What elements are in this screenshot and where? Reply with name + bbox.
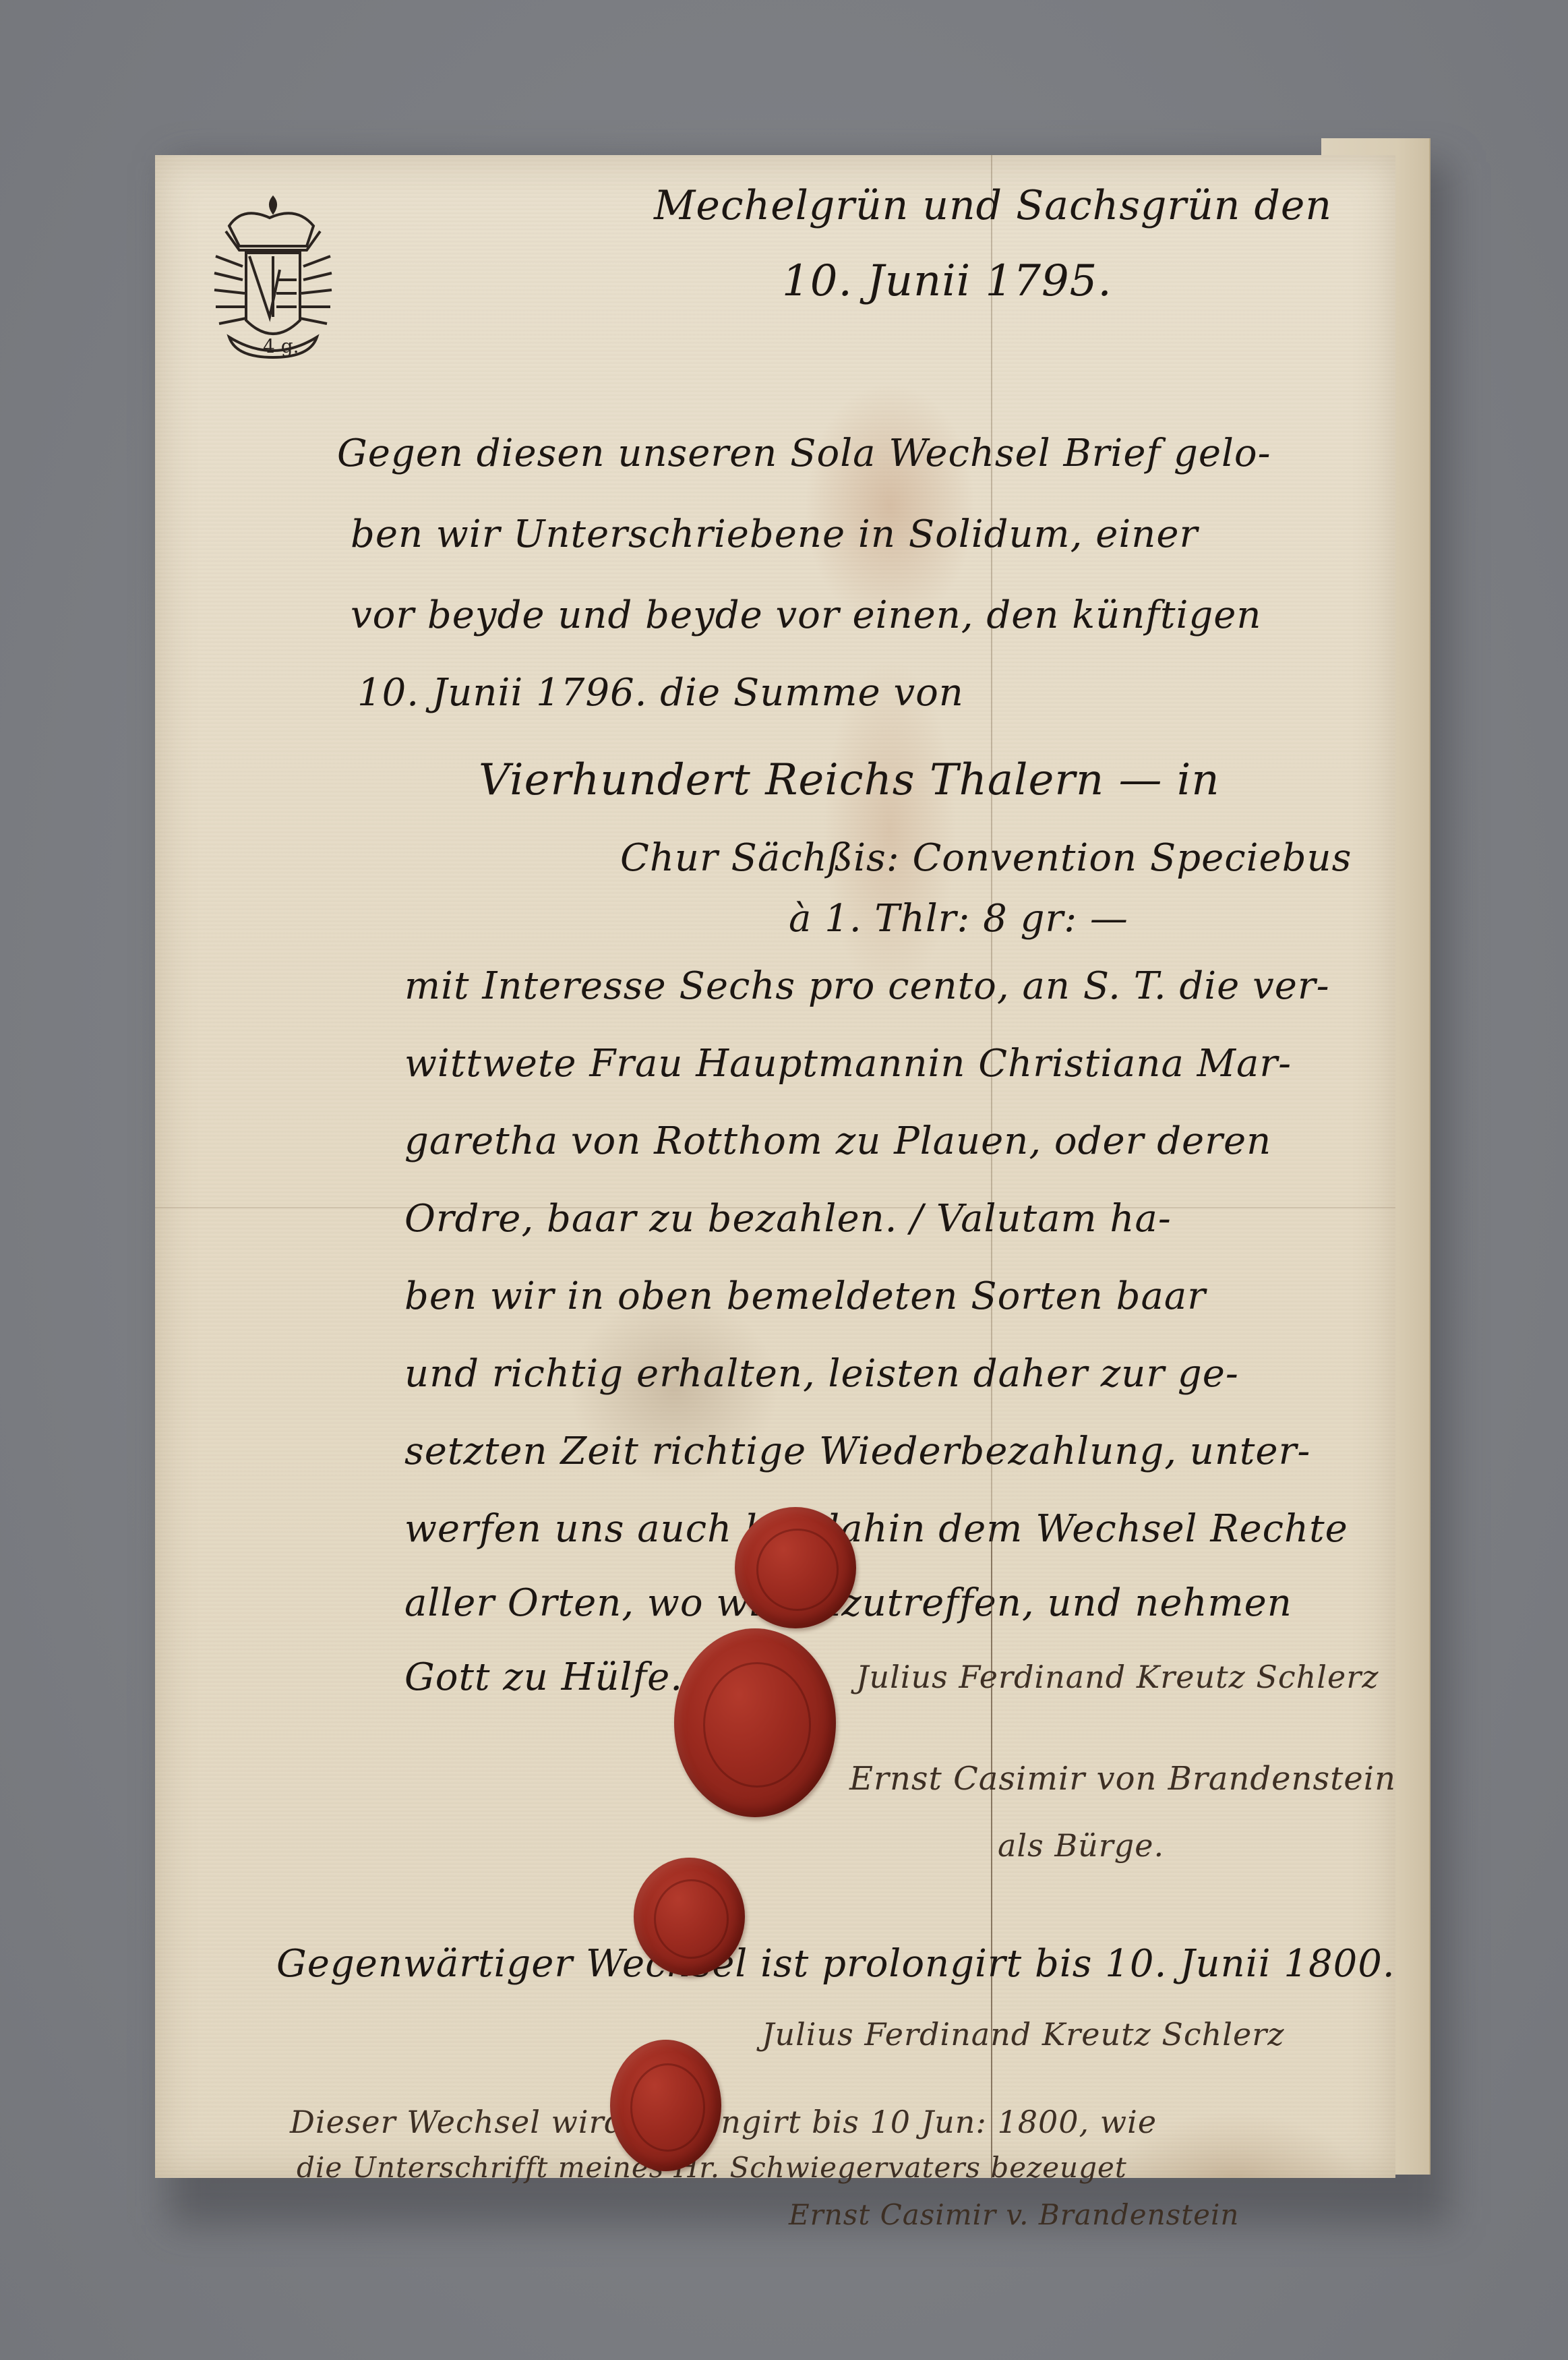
body-line-rate: à 1. Thlr: 8 gr: — xyxy=(789,897,1128,941)
body-line-2: ben wir Unterschriebene in Solidum, eine… xyxy=(351,512,1198,556)
prolongation-2-line-2: die Unterschrifft meines Hr. Schwiegerva… xyxy=(297,2151,1127,2184)
body-line-3: vor beyde und beyde vor einen, den künft… xyxy=(351,593,1262,637)
heading-date: 10. Junii 1795. xyxy=(782,256,1112,306)
wax-seal-1 xyxy=(735,1507,856,1628)
prolongation-1-signature: Julius Ferdinand Kreutz Schlerz xyxy=(762,2016,1284,2053)
wax-seal-2 xyxy=(674,1628,836,1817)
body-line-8: mit Interesse Sechs pro cento, an S. T. … xyxy=(404,964,1330,1008)
body-line-10: garetha von Rotthom zu Plauen, oder dere… xyxy=(404,1119,1271,1163)
heading-place: Mechelgrün und Sachsgrün den xyxy=(654,182,1332,229)
body-line-11: Ordre, baar zu bezahlen. / Valutam ha- xyxy=(404,1197,1172,1241)
coat-of-arms-stamp: 4 g. xyxy=(209,192,337,367)
crown-shield-icon: 4 g. xyxy=(209,192,337,367)
wax-seal-4 xyxy=(610,2040,721,2171)
prolongation-1-text: Gegenwärtiger Wechsel ist prolongirt bis… xyxy=(276,1942,1395,1986)
prolongation-2-signature: Ernst Casimir v. Brandenstein xyxy=(789,2198,1239,2231)
body-line-15: werfen uns auch bis dahin dem Wechsel Re… xyxy=(404,1507,1348,1551)
document-paper: 4 g. Mechelgrün und Sachsgrün den 10. Ju… xyxy=(155,155,1395,2178)
signature-divider xyxy=(991,1531,992,2178)
body-line-currency: Chur Sächßis: Convention Speciebus xyxy=(620,836,1352,880)
svg-text:4 g.: 4 g. xyxy=(263,335,299,357)
body-line-14: setzten Zeit richtige Wiederbezahlung, u… xyxy=(404,1429,1310,1473)
body-line-4: 10. Junii 1796. die Summe von xyxy=(357,671,964,715)
prolongation-2-line-1: Dieser Wechsel wird prolongirt bis 10 Ju… xyxy=(290,2104,1157,2140)
signature-2: Ernst Casimir von Brandenstein xyxy=(849,1760,1396,1798)
body-line-9: wittwete Frau Hauptmannin Christiana Mar… xyxy=(404,1042,1292,1086)
body-line-amount: Vierhundert Reichs Thalern — in xyxy=(479,755,1220,805)
wax-seal-3 xyxy=(634,1858,745,1976)
body-line-12: ben wir in oben bemeldeten Sorten baar xyxy=(404,1274,1206,1318)
body-line-13: und richtig erhalten, leisten daher zur … xyxy=(404,1352,1239,1396)
signature-2-role: als Bürge. xyxy=(998,1827,1164,1864)
signature-1: Julius Ferdinand Kreutz Schlerz xyxy=(856,1659,1379,1695)
body-line-1: Gegen diesen unseren Sola Wechsel Brief … xyxy=(337,432,1271,475)
body-line-17: Gott zu Hülfe. xyxy=(404,1655,683,1699)
